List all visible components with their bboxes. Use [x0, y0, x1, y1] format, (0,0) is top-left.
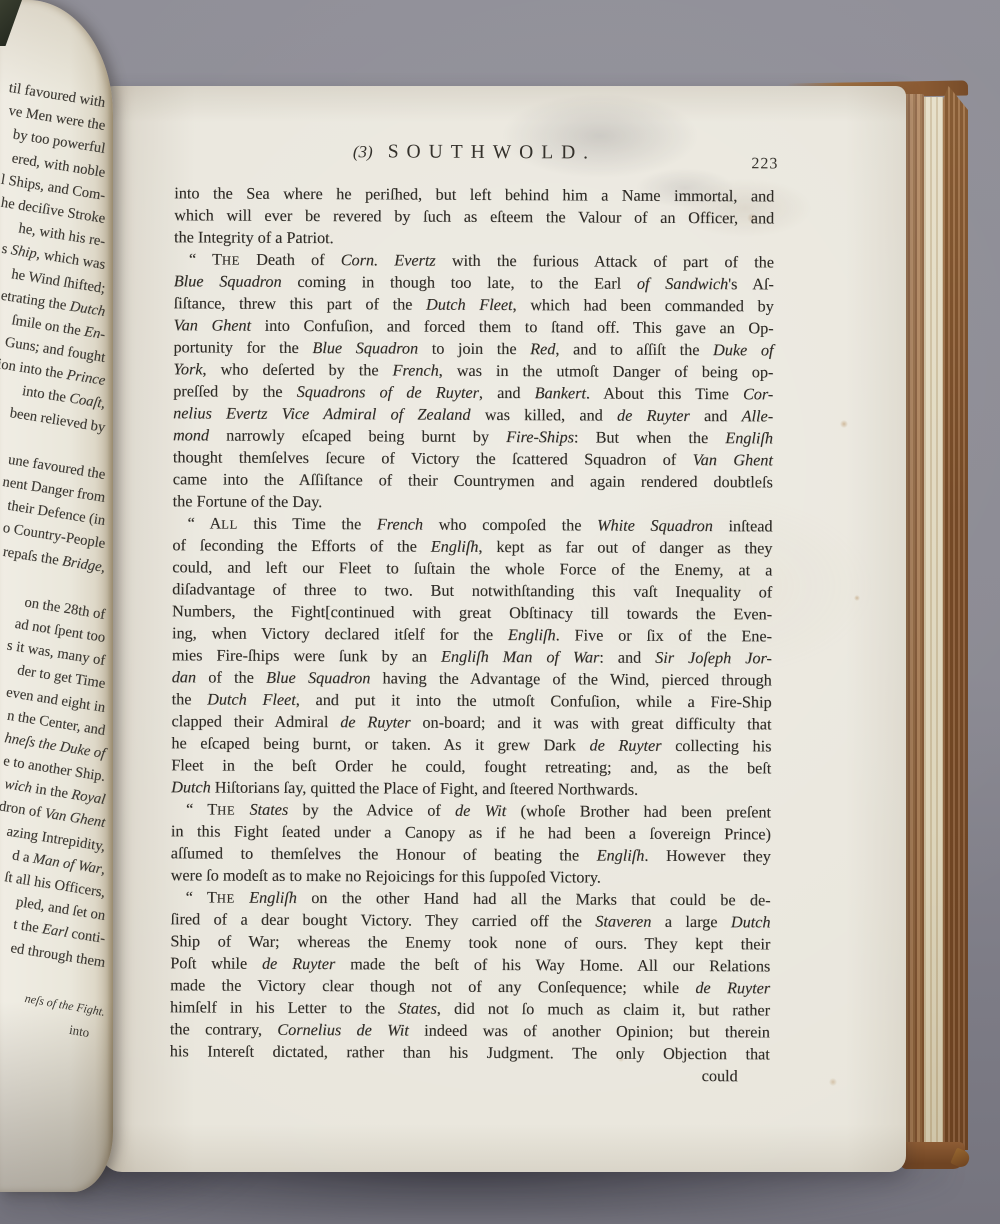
- left-page-fragment-line: s Ship, which was: [0, 227, 107, 277]
- board-inner-edge: [924, 97, 943, 1143]
- text-line: preſſed by the Squadrons of de Ruyter, a…: [173, 380, 773, 405]
- left-page-fragment-line: Guns; and fought: [0, 320, 107, 370]
- text-line: mies Fire-ſhips were ſunk by an Engliſh …: [172, 644, 772, 669]
- left-page-fragment-line: been relieved by: [0, 389, 107, 439]
- left-page-fragment-line: d a Man of War,: [0, 832, 107, 882]
- text-line: Poſt while de Ruyter made the beſt of hi…: [170, 952, 770, 977]
- page-title: SOUTHWOLD.: [388, 141, 596, 164]
- text-line: came into the Aſſiſtance of their Countr…: [173, 468, 773, 493]
- facing-page-paragraph: til favoured withve Men were theby too p…: [0, 92, 105, 440]
- left-page-fragment-line: n the Center, and: [0, 692, 107, 742]
- paragraph: “ THE States by the Advice of de Wit (wh…: [171, 798, 771, 889]
- text-line: Fleet in the beſt Order he could, fought…: [171, 754, 771, 779]
- left-page-fragment-line: ve Men were the: [0, 88, 107, 138]
- text-line: ſired of a dear bought Victory. They car…: [170, 908, 770, 933]
- text-line: nelius Evertz Vice Admiral of Zealand wa…: [173, 402, 773, 427]
- paragraph: “ THE Death of Corn. Evertz with the fur…: [173, 248, 774, 515]
- text-line: the Integrity of a Patriot.: [174, 226, 774, 251]
- text-line: portunity for the Blue Squadron to join …: [173, 336, 773, 361]
- paragraph: “ ALL this Time the French who compoſed …: [171, 512, 772, 801]
- page-content: (3) SOUTHWOLD. 223 into the Sea where he…: [97, 84, 909, 1174]
- left-page-fragment-line: e to another Ship.: [0, 739, 107, 789]
- text-line: which will ever be revered by ſuch as eſ…: [174, 204, 774, 229]
- paragraph: “ THE Engliſh on the other Hand had all …: [170, 886, 771, 1065]
- text-line: dan of the Blue Squadron having the Adva…: [172, 666, 772, 691]
- left-page-fragment-line: s it was, many of: [0, 623, 107, 673]
- text-line: his Intereſt dictated, rather than his J…: [170, 1040, 770, 1065]
- facing-page-edge: til favoured withve Men were theby too p…: [0, 0, 113, 1192]
- text-line: Dutch Hiſtorians ſay, quitted the Place …: [171, 776, 771, 801]
- left-page-fragment-line: pled, and ſet on: [0, 878, 107, 928]
- left-page-fragment-line: der to get Time: [0, 646, 107, 696]
- left-page-fragment-line: hneſs the Duke of: [0, 716, 107, 766]
- text-line: could, and left our Fleet to ſuſtain the…: [172, 556, 772, 581]
- left-page-fragment-line: wich in the Royal: [0, 762, 107, 812]
- text-line: Numbers, the Fight[continued with great …: [172, 600, 772, 625]
- left-page-fragment-line: ſt all his Officers,: [0, 855, 107, 905]
- body-text: into the Sea where he periſhed, but left…: [170, 182, 775, 1087]
- text-line: he eſcaped being burnt, or taken. As it …: [171, 732, 771, 757]
- main-page: (3) SOUTHWOLD. 223 into the Sea where he…: [100, 86, 906, 1172]
- text-line: mond narrowly eſcaped being burnt by Fir…: [173, 424, 773, 449]
- catchword: could: [170, 1062, 770, 1087]
- text-line: thought themſelves ſecure of Victory the…: [173, 446, 773, 471]
- left-page-fragment-line: ered, with noble: [0, 134, 107, 184]
- left-page-fragment-line: ſmile on the En-: [0, 297, 107, 347]
- left-page-fragment-line: o Country-People: [0, 506, 107, 556]
- facing-page-paragraph: on the 28th ofad not ſpent toos it was, …: [0, 604, 105, 975]
- text-line: himſelf in his Letter to the States, did…: [170, 996, 770, 1021]
- left-page-fragment-line: repaſs the Bridge,: [0, 529, 107, 579]
- text-line: the Fortune of the Day.: [173, 490, 773, 515]
- left-page-fragment-line: ion into the Prince: [0, 343, 107, 393]
- left-page-fragment-line: azing Intrepidity,: [0, 808, 107, 858]
- facing-page-text: til favoured withve Men were theby too p…: [0, 92, 105, 1044]
- left-page-fragment-line: une favoured the: [0, 437, 107, 487]
- left-page-fragment-line: he Wind ſhifted;: [0, 250, 107, 300]
- left-page-fragment-line: til favoured with: [0, 65, 107, 115]
- left-page-fragment-line: ed through them: [0, 924, 107, 974]
- left-page-fragment-line: t the Earl conti-: [0, 901, 107, 951]
- text-line: ſiſtance, threw this part of the Dutch F…: [174, 292, 774, 317]
- text-line: into the Sea where he periſhed, but left…: [174, 182, 774, 207]
- text-line: “ ALL this Time the French who compoſed …: [172, 512, 772, 537]
- text-line: clapped their Admiral de Ruyter on-board…: [171, 710, 771, 735]
- text-line: ing, when Victory declared itſelf for th…: [172, 622, 772, 647]
- text-line: made the Victory clear though not of any…: [170, 974, 770, 999]
- text-line: the contrary, Cornelius de Wit indeed wa…: [170, 1018, 770, 1043]
- text-line: the Dutch Fleet, and put it into the utm…: [172, 688, 772, 713]
- text-line: Van Ghent into Confuſion, and forced the…: [174, 314, 774, 339]
- left-page-fragment-line: he, with his re-: [0, 204, 107, 254]
- left-page-fragment-line: into the Coaſt,: [0, 366, 107, 416]
- text-line: were ſo modeſt as to make no Rejoicings …: [171, 864, 771, 889]
- book-cover-edge: [943, 86, 968, 1150]
- running-header: (3) SOUTHWOLD. 223: [174, 140, 774, 173]
- text-line: “ THE Death of Corn. Evertz with the fur…: [174, 248, 774, 273]
- text-line: “ THE States by the Advice of de Wit (wh…: [171, 798, 771, 823]
- text-line: “ THE Engliſh on the other Hand had all …: [171, 886, 771, 911]
- signature-mark: (3): [353, 142, 373, 162]
- left-page-catchword: into: [0, 997, 106, 1043]
- left-page-footnote: neſs of the Fight.: [0, 974, 106, 1019]
- page-number: 223: [751, 155, 778, 173]
- left-page-fragment-line: dron of Van Ghent: [0, 785, 107, 835]
- left-page-fragment-line: by too powerful: [0, 111, 107, 161]
- facing-page-paragraph: une favoured thenent Danger fromtheir De…: [0, 464, 105, 580]
- left-page-fragment-line: even and eight in: [0, 669, 107, 719]
- left-page-fragment-line: their Defence (in: [0, 483, 107, 533]
- text-line: York, who deſerted by the French, was in…: [173, 358, 773, 383]
- left-page-fragment-line: nent Danger from: [0, 460, 107, 510]
- left-page-fragment-line: ad not ſpent too: [0, 600, 107, 650]
- paragraph: into the Sea where he periſhed, but left…: [174, 182, 774, 251]
- text-line: in this Fight ſeated under a Canopy as i…: [171, 820, 771, 845]
- text-line: diſadvantage of three to two. But notwit…: [172, 578, 772, 603]
- text-line: Ship of War; whereas the Enemy took none…: [170, 930, 770, 955]
- left-page-fragment-line: on the 28th of: [0, 577, 107, 627]
- text-line: aſſumed to themſelves the Honour of beat…: [171, 842, 771, 867]
- text-line: Blue Squadron coming in though too late,…: [174, 270, 774, 295]
- left-page-fragment-line: he deciſive Stroke: [0, 181, 107, 231]
- left-page-fragment-line: etrating the Dutch: [0, 273, 107, 323]
- left-page-fragment-line: l Ships, and Com-: [0, 158, 107, 208]
- text-line: of ſeconding the Efforts of the Engliſh,…: [172, 534, 772, 559]
